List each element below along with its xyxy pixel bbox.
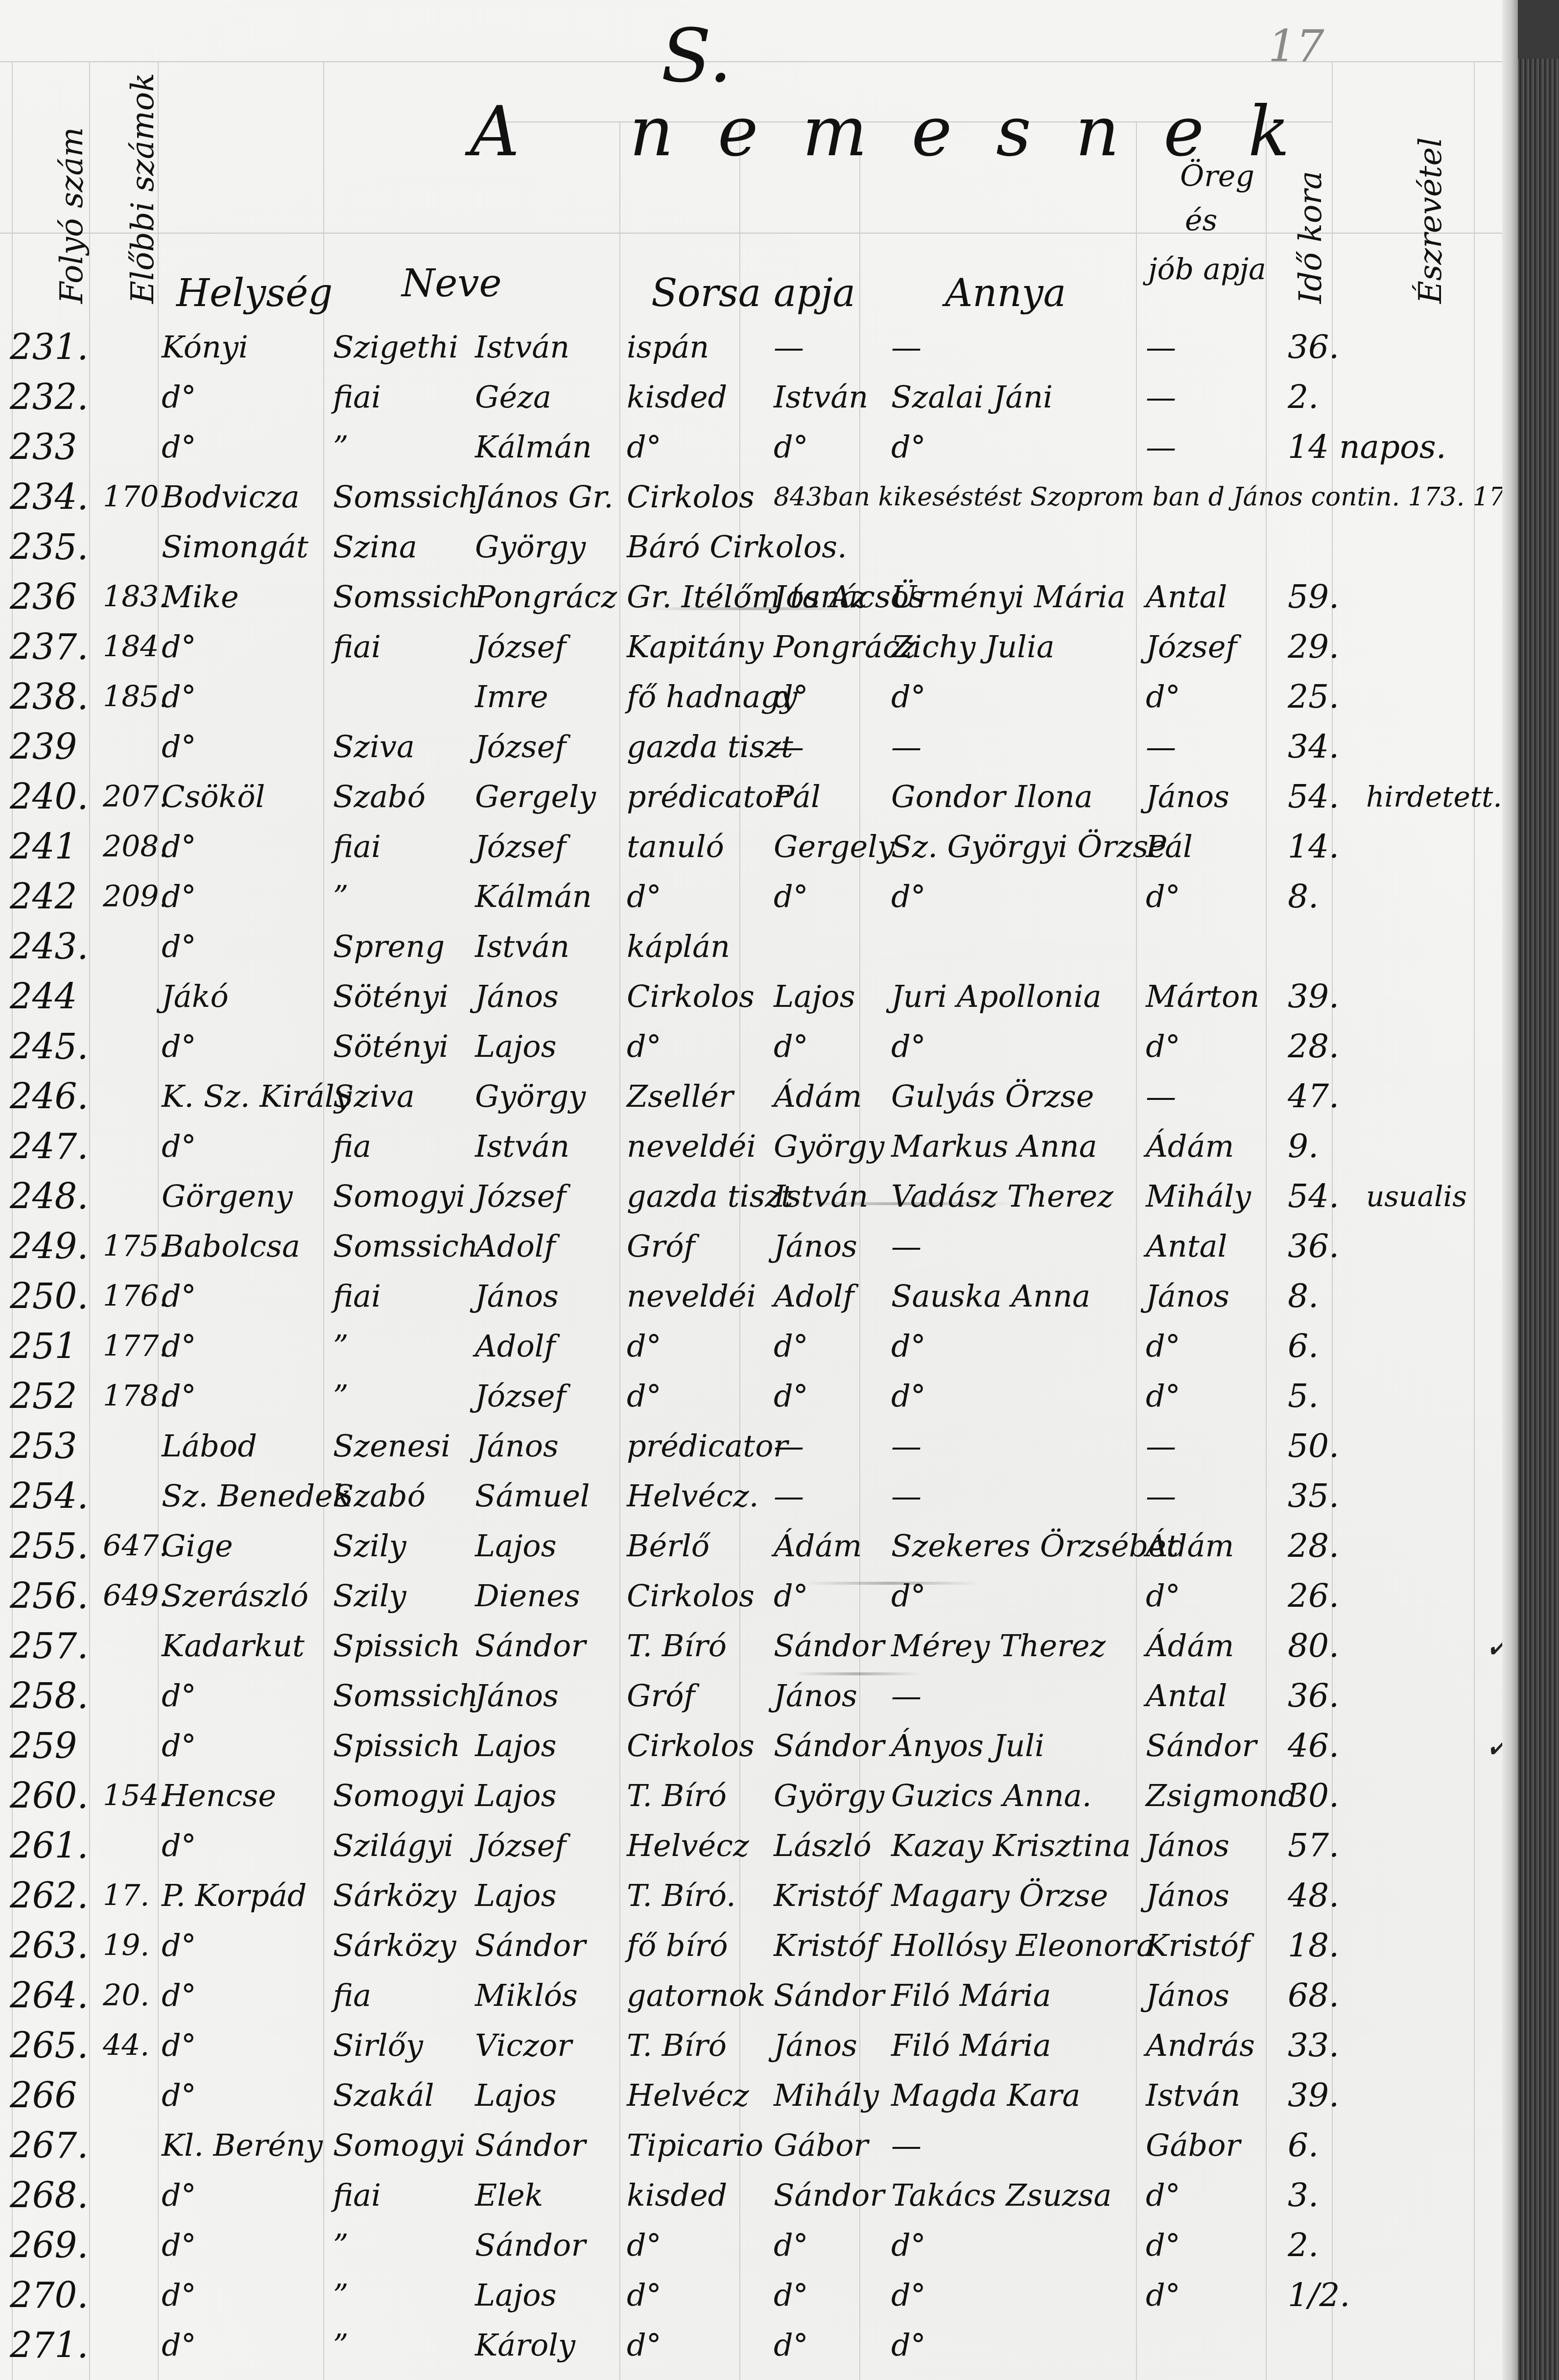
register-page: S. 17 A nemesnek Folyó szám Előbbi számo… [0, 0, 1518, 2380]
given-name: Sándor [475, 2117, 622, 2174]
place-name: d° [162, 2316, 328, 2374]
mother-name: Sz. Györgyi Örzse [891, 818, 1146, 876]
age: 9. [1288, 1118, 1356, 1175]
mother-name: — [891, 1467, 1146, 1525]
mother-name: Kazay Krisztina [891, 1817, 1146, 1875]
father-name: Kristóf [774, 1867, 896, 1925]
rank: ispán [627, 318, 769, 376]
rank: d° [627, 2216, 769, 2274]
table-row: 264.20.d°fiaMiklósgatornokSándorFiló Már… [0, 1967, 1498, 2024]
mother-name: Gondor Ilona [891, 768, 1146, 826]
surname: Szily [333, 1567, 480, 1625]
rank: gazda tiszt [627, 718, 769, 776]
age: 54. [1288, 768, 1356, 826]
grandfather-name: Antal [1146, 1217, 1278, 1275]
surname: Szabó [333, 768, 480, 826]
father-name: Pongrácz [774, 618, 896, 676]
grandfather-name: Mihály [1146, 1167, 1278, 1225]
table-row: 257.KadarkutSpissichSándorT. BíróSándorM… [0, 1617, 1498, 1675]
mother-name: Juri Apollonia [891, 968, 1146, 1025]
seq-number: 245. [10, 1018, 93, 1075]
header-note: Észrevétel [1413, 137, 1449, 304]
grandfather-name: — [1146, 718, 1278, 776]
rank: d° [627, 2266, 769, 2324]
seq-number: 270. [10, 2266, 93, 2324]
given-name: József [475, 618, 622, 676]
seq-number: 251 [10, 1317, 93, 1375]
seq-number: 248. [10, 1167, 93, 1225]
mother-name: — [891, 1217, 1146, 1275]
rank: T. Bíró [627, 1617, 769, 1675]
father-name: György [774, 1118, 896, 1175]
surname: Somssich [333, 568, 480, 626]
father-name: Adolf [774, 1267, 896, 1325]
grandfather-name: — [1146, 1417, 1278, 1475]
given-name: Károly [475, 2316, 622, 2374]
grandfather-name: Márton [1146, 968, 1278, 1025]
previous-number: 207. [103, 768, 162, 826]
father-name: János [774, 2017, 896, 2074]
surname: Sárközy [333, 1867, 480, 1925]
age: 18. [1288, 1917, 1356, 1975]
table-row: 271.d°”Károlyd°d°d° [0, 2316, 1498, 2374]
table-row: 269.d°”Sándord°d°d°d°2. [0, 2216, 1498, 2274]
previous-number: 184 [103, 618, 162, 676]
father-name: Sándor [774, 2166, 896, 2224]
seq-number: 253 [10, 1417, 93, 1475]
header-place: Helység [176, 274, 332, 312]
given-name: Lajos [475, 1517, 622, 1575]
seq-number: 242 [10, 868, 93, 926]
table-row: 238.185.d°Imrefő hadnagyd°d°d°25. [0, 668, 1498, 726]
note: hirdetett. [1366, 768, 1498, 826]
grandfather-name: András [1146, 2017, 1278, 2074]
age: 36. [1288, 318, 1356, 376]
given-name: Kálmán [475, 868, 622, 926]
father-name: Mihály [774, 2067, 896, 2124]
surname: Szina [333, 518, 480, 576]
rank: prédicator [627, 1417, 769, 1475]
given-name: Lajos [475, 1767, 622, 1825]
seq-number: 240. [10, 768, 93, 826]
age: 46. [1288, 1717, 1356, 1775]
age: 2. [1288, 2216, 1356, 2274]
place-name: Kónyi [162, 318, 328, 376]
previous-number: 17. [103, 1867, 162, 1925]
table-row: 242209.d°”Kálmánd°d°d°d°8. [0, 868, 1498, 926]
seq-number: 257. [10, 1617, 93, 1675]
place-name: d° [162, 668, 328, 726]
place-name: d° [162, 818, 328, 876]
mother-name: Ürményi Mária [891, 568, 1146, 626]
seq-number: 256. [10, 1567, 93, 1625]
grandfather-name: — [1146, 318, 1278, 376]
table-row: 262.17.P. KorpádSárközyLajosT. Bíró.Kris… [0, 1867, 1498, 1925]
surname: ” [333, 868, 480, 926]
father-name: Kristóf [774, 1917, 896, 1975]
table-row: 266d°SzakálLajosHelvéczMihályMagda KaraI… [0, 2067, 1498, 2124]
age: 8. [1288, 1267, 1356, 1325]
age: 34. [1288, 718, 1356, 776]
grandfather-name: d° [1146, 2216, 1278, 2274]
previous-number: 208. [103, 818, 162, 876]
mother-name: — [891, 2117, 1146, 2174]
given-name: Lajos [475, 1717, 622, 1775]
surname: fiai [333, 618, 480, 676]
grandfather-name: Zsigmond [1146, 1767, 1278, 1825]
given-name: János Gr. [475, 468, 622, 526]
surname: Somssich [333, 1667, 480, 1725]
mother-name: — [891, 318, 1146, 376]
given-name: József [475, 818, 622, 876]
grandfather-name: d° [1146, 1018, 1278, 1075]
surname: ” [333, 2216, 480, 2274]
table-row: 233d°”Kálmánd°d°d°—14 napos. [0, 418, 1498, 476]
place-name: d° [162, 1667, 328, 1725]
seq-number: 266 [10, 2067, 93, 2124]
seq-number: 234. [10, 468, 93, 526]
seq-number: 239 [10, 718, 93, 776]
place-name: Hencse [162, 1767, 328, 1825]
seq-number: 237. [10, 618, 93, 676]
rank: Kapitány [627, 618, 769, 676]
seq-number: 231. [10, 318, 93, 376]
surname: fia [333, 1118, 480, 1175]
mother-name: Ányos Juli [891, 1717, 1146, 1775]
mother-name: Zichy Julia [891, 618, 1146, 676]
table-row: 256.649.SzerászlóSzilyDienesCirkolosd°d°… [0, 1567, 1498, 1625]
father-name: — [774, 318, 896, 376]
seq-number: 232. [10, 368, 93, 426]
rank: kisded [627, 368, 769, 426]
table-row: 268.d°fiaiElekkisdedSándorTakács Zsuzsad… [0, 2166, 1498, 2224]
table-row: 244JákóSötényiJánosCirkolosLajosJuri Apo… [0, 968, 1498, 1025]
father-name: d° [774, 418, 896, 476]
table-row: 235.SimongátSzinaGyörgyBáró Cirkolos. [0, 518, 1498, 576]
father-name: — [774, 718, 896, 776]
father-name: d° [774, 1018, 896, 1075]
surname: Spreng [333, 918, 480, 976]
previous-number: 185. [103, 668, 162, 726]
mother-name: Magda Kara [891, 2067, 1146, 2124]
father-name: István [774, 1167, 896, 1225]
mother-name: d° [891, 418, 1146, 476]
table-row: 247.d°fiaIstvánneveldéiGyörgyMarkus Anna… [0, 1118, 1498, 1175]
father-name: — [774, 1417, 896, 1475]
given-name: Kálmán [475, 418, 622, 476]
age: 3. [1288, 2166, 1356, 2224]
age: 36. [1288, 1667, 1356, 1725]
seq-number: 254. [10, 1467, 93, 1525]
surname: ” [333, 1367, 480, 1425]
seq-number: 250. [10, 1267, 93, 1325]
given-name: Pongrácz [475, 568, 622, 626]
given-name: József [475, 718, 622, 776]
given-name: Viczor [475, 2017, 622, 2074]
grandfather-name: István [1146, 2067, 1278, 2124]
place-name: Sz. Benedek [162, 1467, 328, 1525]
age: 2. [1288, 368, 1356, 426]
mother-name: Szekeres Örzsébet [891, 1517, 1146, 1575]
father-name: — [774, 1467, 896, 1525]
given-name: János [475, 1267, 622, 1325]
grandfather-name: Antal [1146, 568, 1278, 626]
surname: fiai [333, 2166, 480, 2224]
table-row: 248.GörgenySomogyiJózsefgazda tisztIstvá… [0, 1167, 1498, 1225]
table-row: 240.207.CsökölSzabóGergelyprédicatorPálG… [0, 768, 1498, 826]
rank: fő hadnagy [627, 668, 769, 726]
place-name: Lábod [162, 1417, 328, 1475]
father-name: Pál [774, 768, 896, 826]
surname: Szigethi [333, 318, 480, 376]
table-row: 251177.d°”Adolfd°d°d°d°6. [0, 1317, 1498, 1375]
place-name: d° [162, 1118, 328, 1175]
place-name: d° [162, 868, 328, 926]
grandfather-name: Pál [1146, 818, 1278, 876]
place-name: Csököl [162, 768, 328, 826]
age: 57. [1288, 1817, 1356, 1875]
place-name: d° [162, 2017, 328, 2074]
father-name: Jós Az [774, 568, 896, 626]
rank: neveldéi [627, 1118, 769, 1175]
table-row: 237.184d°fiaiJózsefKapitányPongráczZichy… [0, 618, 1498, 676]
previous-number: 20. [103, 1967, 162, 2024]
rank: d° [627, 418, 769, 476]
place-name: d° [162, 1018, 328, 1075]
rank: prédicator [627, 768, 769, 826]
mother-name: d° [891, 1018, 1146, 1075]
given-name: Miklós [475, 1967, 622, 2024]
father-name: János [774, 1667, 896, 1725]
given-name: Gergely [475, 768, 622, 826]
mother-name: — [891, 1667, 1146, 1725]
place-name: d° [162, 1367, 328, 1425]
given-name: József [475, 1817, 622, 1875]
age: 80. [1288, 1617, 1356, 1675]
place-name: Szerászló [162, 1567, 328, 1625]
given-name: István [475, 318, 622, 376]
place-name: Kadarkut [162, 1617, 328, 1675]
father-name: d° [774, 1567, 896, 1625]
surname: Sárközy [333, 1917, 480, 1975]
surname: fiai [333, 818, 480, 876]
previous-number: 44. [103, 2017, 162, 2074]
surname: Sötényi [333, 968, 480, 1025]
previous-number: 647. [103, 1517, 162, 1575]
father-name: Gábor [774, 2117, 896, 2174]
given-name: Sándor [475, 2216, 622, 2274]
age: 47. [1288, 1068, 1356, 1125]
rank: Cirkolos [627, 468, 769, 526]
seq-number: 271. [10, 2316, 93, 2374]
father-name: István [774, 368, 896, 426]
surname: Somogyi [333, 1167, 480, 1225]
previous-number: 649. [103, 1567, 162, 1625]
mother-name: Guzics Anna. [891, 1767, 1146, 1825]
father-name: Lajos [774, 968, 896, 1025]
age: 35. [1288, 1467, 1356, 1525]
surname: Spissich [333, 1717, 480, 1775]
surname: ” [333, 2316, 480, 2374]
grandfather-name: József [1146, 618, 1278, 676]
surname: ” [333, 2266, 480, 2324]
age: 28. [1288, 1517, 1356, 1575]
book-binding [1518, 59, 1559, 2380]
given-name: György [475, 1068, 622, 1125]
rank: d° [627, 868, 769, 926]
father-name: d° [774, 2216, 896, 2274]
place-name: Babolcsa [162, 1217, 328, 1275]
mother-name: Hollósy Eleonora [891, 1917, 1146, 1975]
seq-number: 262. [10, 1867, 93, 1925]
rank: Báró Cirkolos. [627, 518, 769, 576]
grandfather-name: — [1146, 1068, 1278, 1125]
place-name: Gige [162, 1517, 328, 1575]
table-row: 241208.d°fiaiJózseftanulóGergelySz. Györ… [0, 818, 1498, 876]
table-row: 239d°SzivaJózsefgazda tiszt———34. [0, 718, 1498, 776]
table-row: 255.647.GigeSzilyLajosBérlőÁdámSzekeres … [0, 1517, 1498, 1575]
given-name: István [475, 918, 622, 976]
place-name: K. Sz. Király [162, 1068, 328, 1125]
seq-number: 238. [10, 668, 93, 726]
father-name: d° [774, 2266, 896, 2324]
rank: T. Bíró [627, 2017, 769, 2074]
age: 5. [1288, 1367, 1356, 1425]
header-grandfather-bottom: jób apja [1148, 255, 1266, 284]
place-name: d° [162, 2067, 328, 2124]
mother-name: — [891, 1417, 1146, 1475]
rank: gazda tiszt [627, 1167, 769, 1225]
age: 33. [1288, 2017, 1356, 2074]
table-row: 249.175.BabolcsaSomssichAdolfGrófJános—A… [0, 1217, 1498, 1275]
place-name: d° [162, 918, 328, 976]
table-row: 250.176.d°fiaiJánosneveldéiAdolfSauska A… [0, 1267, 1498, 1325]
place-name: d° [162, 1717, 328, 1775]
table-row: 243.d°SprengIstvánkáplán [0, 918, 1498, 976]
father-name: Gergely [774, 818, 896, 876]
table-row: 267.Kl. BerénySomogyiSándorTipicarioGábo… [0, 2117, 1498, 2174]
grandfather-name: János [1146, 1967, 1278, 2024]
mother-name: Magary Örzse [891, 1867, 1146, 1925]
rank: Gr. Itélőm tanácsos [627, 568, 769, 626]
surname: Sötényi [333, 1018, 480, 1075]
grandfather-name: János [1146, 1267, 1278, 1325]
given-name: Sámuel [475, 1467, 622, 1525]
rank: kisded [627, 2166, 769, 2224]
seq-number: 260. [10, 1767, 93, 1825]
place-name: d° [162, 1317, 328, 1375]
surname: Sziva [333, 1068, 480, 1125]
seq-number: 235. [10, 518, 93, 576]
rank: Cirkolos [627, 968, 769, 1025]
mother-name: d° [891, 2266, 1146, 2324]
table-row: 259d°SpissichLajosCirkolosSándorÁnyos Ju… [0, 1717, 1498, 1775]
seq-number: 269. [10, 2216, 93, 2274]
previous-number: 177. [103, 1317, 162, 1375]
surname: Sziva [333, 718, 480, 776]
grandfather-name: János [1146, 1817, 1278, 1875]
header-rank: Sorsa [651, 274, 761, 312]
given-name: Sándor [475, 1917, 622, 1975]
given-name: Elek [475, 2166, 622, 2224]
father-name: Ádám [774, 1517, 896, 1575]
place-name: d° [162, 2266, 328, 2324]
surname: Sirlőy [333, 2017, 480, 2074]
surname: Szily [333, 1517, 480, 1575]
given-name: Lajos [475, 2266, 622, 2324]
table-row: 246.K. Sz. KirálySzivaGyörgyZsellérÁdámG… [0, 1068, 1498, 1125]
seq-number: 264. [10, 1967, 93, 2024]
grandfather-name: János [1146, 768, 1278, 826]
place-name: d° [162, 2166, 328, 2224]
given-name: György [475, 518, 622, 576]
mother-name: Szalai Jáni [891, 368, 1146, 426]
age: 29. [1288, 618, 1356, 676]
table-row: 270.d°”Lajosd°d°d°d°1/2. [0, 2266, 1498, 2324]
place-name: d° [162, 368, 328, 426]
mother-name: Sauska Anna [891, 1267, 1146, 1325]
surname: Szenesi [333, 1417, 480, 1475]
previous-number: 154. [103, 1767, 162, 1825]
place-name: Kl. Berény [162, 2117, 328, 2174]
rank: neveldéi [627, 1267, 769, 1325]
margin-note: 843ban kikeséstést Szoprom ban d János c… [774, 468, 1559, 526]
father-name: László [774, 1817, 896, 1875]
age: 39. [1288, 2067, 1356, 2124]
seq-number: 258. [10, 1667, 93, 1725]
place-name: d° [162, 1917, 328, 1975]
given-name: Adolf [475, 1317, 622, 1375]
age: 14 napos. [1288, 418, 1356, 476]
seq-number: 252 [10, 1367, 93, 1425]
place-name: Mike [162, 568, 328, 626]
grandfather-name: d° [1146, 2166, 1278, 2224]
father-name: d° [774, 1317, 896, 1375]
table-row: 231.KónyiSzigethiIstvánispán———36. [0, 318, 1498, 376]
place-name: Bodvicza [162, 468, 328, 526]
father-name: Sándor [774, 1617, 896, 1675]
table-row: 234.170BodviczaSomssichJános Gr.Cirkolos… [0, 468, 1498, 526]
previous-number: 183. [103, 568, 162, 626]
father-name: Sándor [774, 1967, 896, 2024]
given-name: Lajos [475, 2067, 622, 2124]
previous-number: 209. [103, 868, 162, 926]
age: 8. [1288, 868, 1356, 926]
previous-number: 170 [103, 468, 162, 526]
given-name: János [475, 968, 622, 1025]
surname: Szakál [333, 2067, 480, 2124]
surname: Spissich [333, 1617, 480, 1675]
given-name: Imre [475, 668, 622, 726]
mother-name: — [891, 718, 1146, 776]
age: 36. [1288, 1217, 1356, 1275]
surname: Szabó [333, 1467, 480, 1525]
rank: d° [627, 2316, 769, 2374]
surname: ” [333, 1317, 480, 1375]
seq-number: 243. [10, 918, 93, 976]
age: 26. [1288, 1567, 1356, 1625]
rank: Helvécz [627, 1817, 769, 1875]
age: 6. [1288, 2117, 1356, 2174]
place-name: d° [162, 1267, 328, 1325]
seq-number: 261. [10, 1817, 93, 1875]
mother-name: d° [891, 2316, 1146, 2374]
rank: T. Bíró. [627, 1867, 769, 1925]
given-name: Dienes [475, 1567, 622, 1625]
grandfather-name: d° [1146, 868, 1278, 926]
section-letter: S. [661, 20, 732, 93]
grandfather-name: János [1146, 1867, 1278, 1925]
